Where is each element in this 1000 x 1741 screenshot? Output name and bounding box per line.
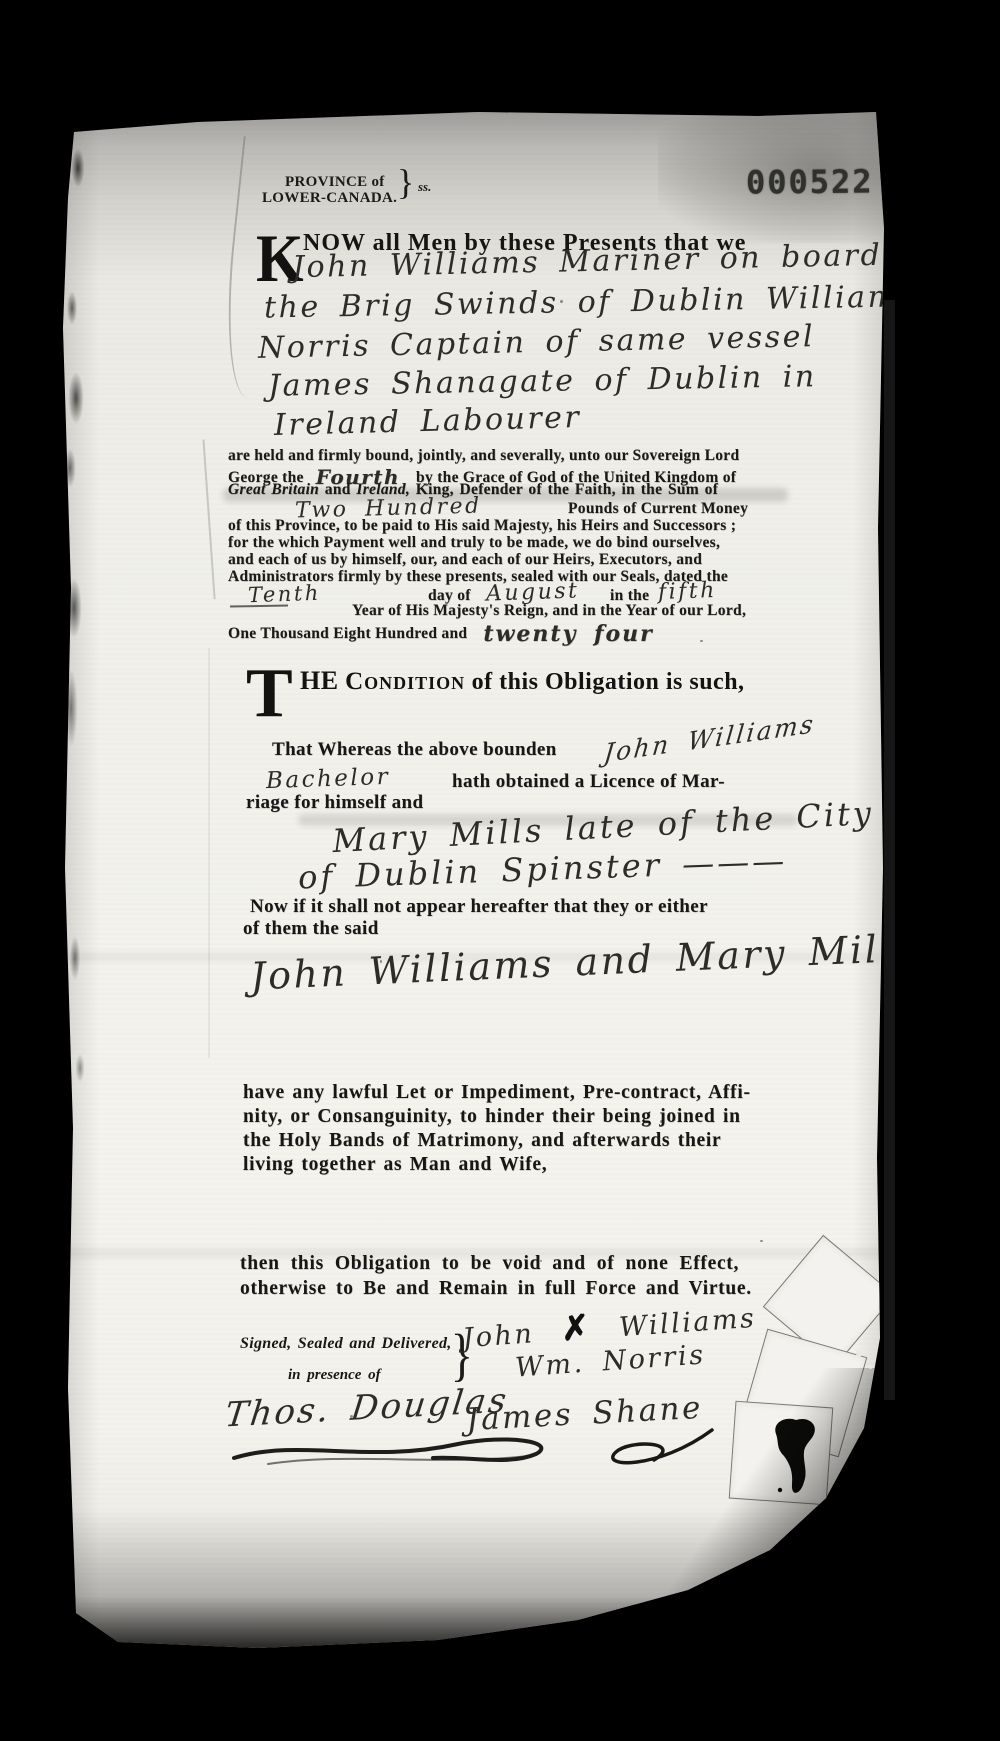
whereas-print: That Whereas the above bounden — [272, 740, 557, 759]
sig1-last: Williams — [618, 1303, 757, 1344]
impediment-line: living together as Man and Wife, — [243, 1155, 547, 1175]
regnal-year-script: fifth — [658, 578, 718, 605]
document-page: PROVINCE of LOWER-CANADA. } ss. 000522 K… — [58, 108, 886, 1668]
scanned-document-photo: PROVINCE of LOWER-CANADA. } ss. 000522 K… — [0, 0, 1000, 1741]
in-presence-label: in presence of — [288, 1368, 381, 1383]
bond-line: are held and firmly bound, jointly, and … — [228, 448, 739, 464]
party-line: Ireland Labourer — [274, 400, 582, 443]
paper-edge-glow — [884, 300, 895, 1400]
bond-line: for the which Payment well and truly to … — [228, 535, 720, 551]
condition-word: Condition — [345, 668, 465, 695]
void-line: otherwise to Be and Remain in full Force… — [240, 1279, 752, 1299]
stamp-number: 000522 — [746, 165, 874, 198]
bond-line: of this Province, to be paid to His said… — [228, 518, 736, 534]
condition-rest: of this Obligation is such, — [472, 669, 745, 695]
whereas-print: Now if it shall not appear hereafter tha… — [250, 897, 708, 916]
bond-line: Pounds of Current Money — [568, 501, 748, 517]
condition-heading: HE Condition of this Obligation is such, — [300, 668, 745, 694]
sig1-first: John — [461, 1318, 535, 1354]
impediment-line: have any lawful Let or Impediment, Pre-c… — [243, 1083, 751, 1103]
dust-speck — [869, 1365, 872, 1369]
dropcap-T: T — [246, 664, 293, 724]
left-edge-stains — [58, 108, 104, 1208]
province-line1: PROVINCE of — [285, 174, 385, 191]
signed-sealed-label: Signed, Sealed and Delivered, — [240, 1336, 452, 1352]
bond-print: One Thousand Eight Hundred and — [228, 625, 467, 642]
condition-he: HE — [300, 666, 339, 695]
groom-name-script: John Williams — [602, 709, 816, 768]
bond-line: and each of us by himself, our, and each… — [228, 552, 702, 568]
whereas-print: of them the said — [243, 919, 379, 938]
bond-print: and — [325, 481, 351, 498]
year-script: twenty four — [483, 621, 653, 647]
bond-line: Year of His Majesty's Reign, and in the … — [352, 603, 746, 619]
dust-speck — [856, 1350, 862, 1357]
pen-dash — [230, 604, 288, 607]
whereas-print: hath obtained a Licence of Mar- — [452, 772, 725, 791]
void-line: then this Obligation to be void and of n… — [240, 1254, 739, 1274]
header-brace: } — [397, 164, 414, 200]
fold-line — [208, 648, 210, 1058]
date-day-script: Tenth — [248, 581, 322, 608]
header-ss-label: ss. — [418, 180, 431, 193]
bond-line: One Thousand Eight Hundred andtwenty fou… — [228, 620, 654, 642]
bond-print-italic: Great Britain — [228, 481, 319, 498]
groom-status-script: Bachelor — [266, 764, 391, 794]
party-line: Norris Captain of same vessel — [258, 319, 816, 366]
dust-speck — [851, 1338, 853, 1340]
impediment-line: nity, or Consanguinity, to hinder their … — [243, 1107, 741, 1127]
sig1-mark: ✗ — [560, 1307, 594, 1349]
whereas-print: riage for himself and — [246, 793, 423, 812]
province-line2: LOWER-CANADA. — [262, 190, 397, 207]
impediment-line: the Holy Bands of Matrimony, and afterwa… — [243, 1131, 721, 1151]
witness-flourish — [228, 1430, 568, 1472]
party-line: James Shanagate of Dublin in — [268, 359, 817, 404]
bottom-fade — [58, 1508, 886, 1668]
